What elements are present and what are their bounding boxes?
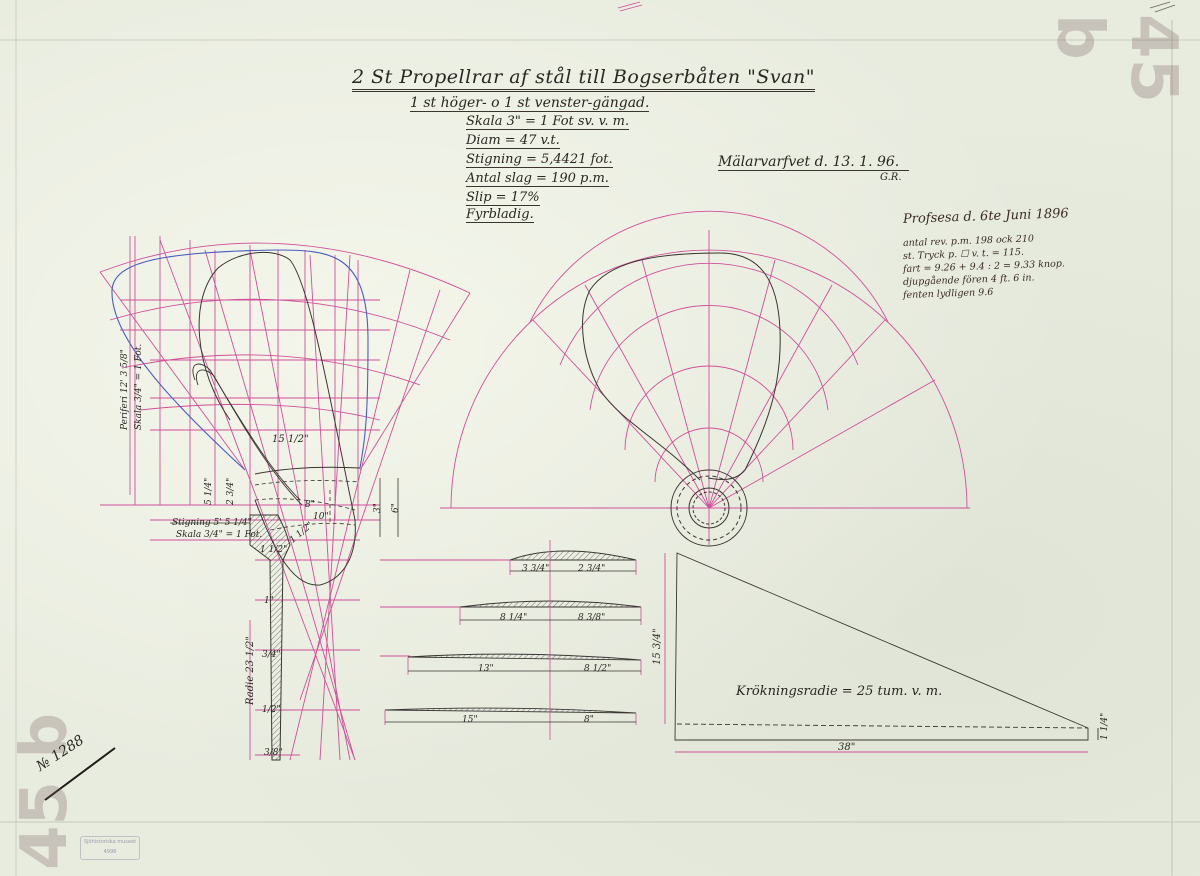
perimeter-label: Periferi 12' 3 5/8" <box>120 349 130 430</box>
radius-label: Radie 23 1/2" <box>245 636 256 705</box>
section-1-right: 2 3/4" <box>578 564 605 574</box>
archive-number-stamp-top: 45 b <box>1042 14 1190 103</box>
triangle-base-label: 38" <box>838 742 855 753</box>
hub-8-label: 8" <box>305 500 315 510</box>
section-3-right: 8 1/2" <box>584 664 611 674</box>
section-4-right: 8" <box>584 715 594 725</box>
hub-6-label: 6" <box>391 503 401 513</box>
museum-archive-stamp: Sjöhistoriska museet 4998 <box>80 836 140 860</box>
hub-10-label: 10" <box>313 512 329 522</box>
thickness-label: 1" <box>264 596 274 606</box>
propeller-drawing <box>0 0 1200 876</box>
corner-mark <box>1150 2 1175 12</box>
signature-initials: G.R. <box>880 172 902 183</box>
pitch-scale-label: Skala 3/4" = 1 Fot. <box>176 530 262 540</box>
section-4-left: 15" <box>462 715 478 725</box>
blade-plan-outline <box>583 253 781 546</box>
spec-blades: Fyrbladig. <box>466 207 534 223</box>
thickness-label: 1 1/2" <box>260 545 287 555</box>
hub-3-label: 3" <box>373 503 383 513</box>
corner-mark <box>618 2 642 11</box>
triangle-tip-label: 1 1/4" <box>1100 713 1110 740</box>
spec-revolutions: Antal slag = 190 p.m. <box>466 171 609 187</box>
dim-label-a: 5 1/4" <box>204 478 214 505</box>
drawing-title: 2 St Propellrar af stål till Bogserbåten… <box>352 66 815 92</box>
drawing-subtitle: 1 st höger- o 1 st venster-gängad. <box>410 95 649 112</box>
thickness-label: 3/4" <box>262 650 281 660</box>
developed-blade-view <box>100 236 510 760</box>
blade-width-label: 15 1/2" <box>272 434 309 445</box>
section-3-left: 13" <box>478 664 494 674</box>
blade-plan-view <box>440 211 970 545</box>
section-1-left: 3 3/4" <box>522 564 549 574</box>
pitch-label: Stigning 5' 5 1/4" <box>172 518 252 528</box>
curvature-radius-label: Krökningsradie = 25 tum. v. m. <box>736 684 942 699</box>
triangle-height-label: 15 3/4" <box>652 628 663 665</box>
section-2-right: 8 3/8" <box>578 613 605 623</box>
spec-scale: Skala 3" = 1 Fot sv. v. m. <box>466 114 629 130</box>
shipyard-date: Mälarvarfvet d. 13. 1. 96. <box>718 154 909 171</box>
spec-slip: Slip = 17% <box>466 190 540 206</box>
thickness-label: 1/2" <box>262 705 281 715</box>
spec-diameter: Diam = 47 v.t. <box>466 133 560 149</box>
curvature-triangle <box>665 553 1098 752</box>
spec-pitch: Stigning = 5,4421 fot. <box>466 152 613 168</box>
perimeter-scale-label: Skala 3/4" = 1 Fot. <box>134 344 144 430</box>
thickness-label: 3/8" <box>264 748 283 758</box>
dim-label-b: 2 3/4" <box>226 478 236 505</box>
section-2-left: 8 1/4" <box>500 613 527 623</box>
